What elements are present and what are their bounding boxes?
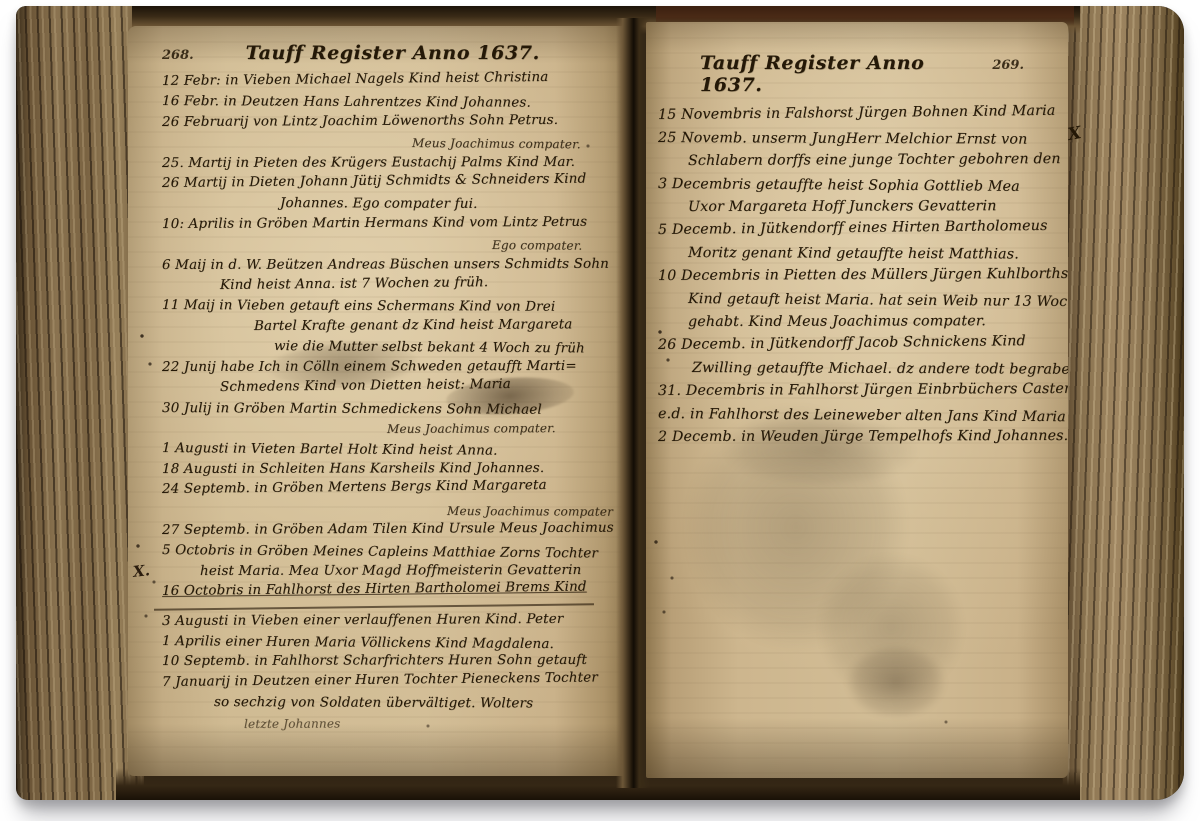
page-head: 268. Tauff Register Anno 1637. [162,42,612,64]
right-fore-edge [1062,6,1184,800]
manuscript-line: 31. Decembris in Fahlhorst Jürgen Einbrb… [658,378,1058,403]
book-gutter [616,18,650,788]
manuscript-line: Bartel Krafte genant dz Kind heist Marga… [254,315,612,337]
manuscript-line: Schmedens Kind von Dietten heist: Maria [220,374,612,399]
register-entries: 12 Febr: in Vieben Michael Nagels Kind h… [162,72,612,734]
manuscript-line: 10: Aprilis in Gröben Martin Hermans Kin… [162,212,612,235]
manuscript-line: Ego compater. [492,235,612,256]
left-page-stack-edge [16,6,144,800]
manuscript-line: Kind heist Anna. ist 7 Wochen zu früh. [220,272,612,297]
manuscript-line: Meus Joachimus compater. [412,133,612,155]
right-page: Tauff Register Anno 1637. 269. 15 Novemb… [646,22,1068,778]
page-number: 269. [992,58,1024,73]
manuscript-line: 7 Januarij in Deutzen einer Huren Tochte… [162,668,612,693]
manuscript-line: 3 Augusti in Vieben einer verlauffenen H… [162,609,612,632]
open-register-book: 268. Tauff Register Anno 1637. 12 Febr: … [16,6,1184,800]
manuscript-line: 16 Octobris in Fahlhorst des Hirten Bart… [162,577,612,602]
manuscript-line: 26 Februarij von Lintz Joachim Löwenorth… [162,110,612,133]
margin-mark: X. [132,561,151,581]
page-title: Tauff Register Anno 1637. [700,52,992,96]
manuscript-line: 2 Decemb. in Weuden Jürge Tempelhofs Kin… [658,425,1058,449]
manuscript-line: 5 Decemb. in Jütkendorff eines Hirten Ba… [658,215,1058,242]
manuscript-line: 26 Martij in Dieten Johann Jütij Schmidt… [162,169,612,194]
page-title: Tauff Register Anno 1637. [246,42,540,64]
manuscript-line: letzte Johannes [244,712,612,734]
manuscript-line: 12 Febr: in Vieben Michael Nagels Kind h… [162,67,612,92]
page-number: 268. [162,48,194,63]
left-page: 268. Tauff Register Anno 1637. 12 Febr: … [128,26,624,776]
register-entries: 15 Novembris in Falshorst Jürgen Bohnen … [658,104,1058,449]
manuscript-line: 15 Novembris in Falshorst Jürgen Bohnen … [658,100,1058,127]
page-head: Tauff Register Anno 1637. 269. [658,52,1058,96]
manuscript-line: 27 Septemb. in Gröben Adam Tilen Kind Ur… [162,519,612,542]
left-page-text: 268. Tauff Register Anno 1637. 12 Febr: … [128,26,624,776]
manuscript-line: 26 Decemb. in Jütkendorff Jacob Schnicke… [658,330,1058,357]
right-page-text: Tauff Register Anno 1637. 269. 15 Novemb… [646,22,1068,778]
manuscript-line: 10 Decembris in Pietten des Müllers Jürg… [658,263,1058,288]
manuscript-line: 24 Septemb. in Gröben Mertens Bergs Kind… [162,475,612,500]
photo-background: 268. Tauff Register Anno 1637. 12 Febr: … [0,0,1200,821]
manuscript-line: Schlabern dorffs eine junge Tochter gebo… [688,148,1058,173]
manuscript-line: Meus Joachimus compater. [387,418,612,440]
